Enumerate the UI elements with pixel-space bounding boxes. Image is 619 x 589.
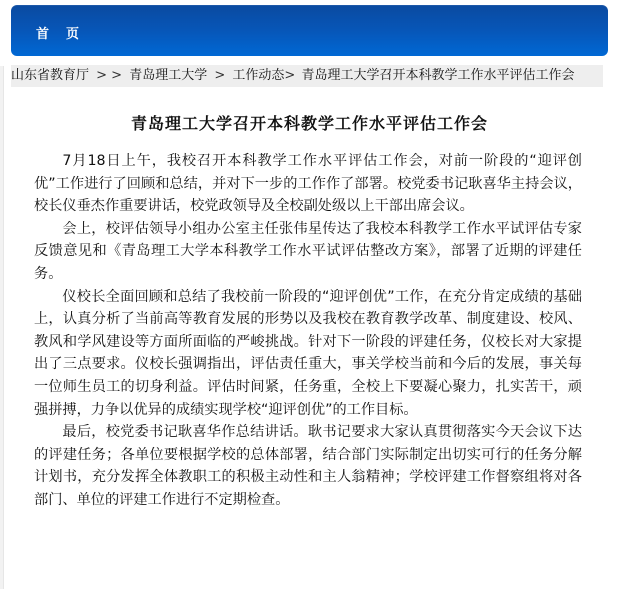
article-paragraph: 会上，校评估领导小组办公室主任张伟星传达了我校本科教学工作水平试评估专家反馈意见… — [34, 218, 582, 286]
breadcrumb-item-work-news[interactable]: 工作动态 — [232, 68, 284, 83]
article-title: 青岛理工大学召开本科教学工作水平评估工作会 — [0, 111, 619, 134]
breadcrumb: 山东省教育厅 > > 青岛理工大学 > 工作动态> 青岛理工大学召开本科教学工作… — [11, 65, 603, 87]
breadcrumb-separator: > — [207, 68, 232, 83]
top-navigation-bar: 首 页 — [11, 5, 608, 56]
article-body: 7月18日上午，我校召开本科教学工作水平评估工作会，对前一阶段的“迎评创优”工作… — [34, 150, 582, 512]
article-paragraph: 最后，校党委书记耿喜华作总结讲话。耿书记要求大家认真贯彻落实今天会议下达的评建任… — [34, 421, 582, 511]
breadcrumb-item-university[interactable]: 青岛理工大学 — [129, 68, 207, 83]
breadcrumb-separator: > > — [89, 68, 129, 83]
breadcrumb-item-education-department[interactable]: 山东省教育厅 — [11, 68, 89, 83]
breadcrumb-separator: > — [284, 68, 301, 83]
breadcrumb-item-current-article[interactable]: 青岛理工大学召开本科教学工作水平评估工作会 — [301, 68, 574, 83]
nav-home-link[interactable]: 首 页 — [36, 23, 81, 42]
left-border — [0, 66, 4, 589]
article-paragraph: 仪校长全面回顾和总结了我校前一阶段的“迎评创优”工作，在充分肯定成绩的基础上，认… — [34, 286, 582, 422]
article-paragraph: 7月18日上午，我校召开本科教学工作水平评估工作会，对前一阶段的“迎评创优”工作… — [34, 150, 582, 218]
